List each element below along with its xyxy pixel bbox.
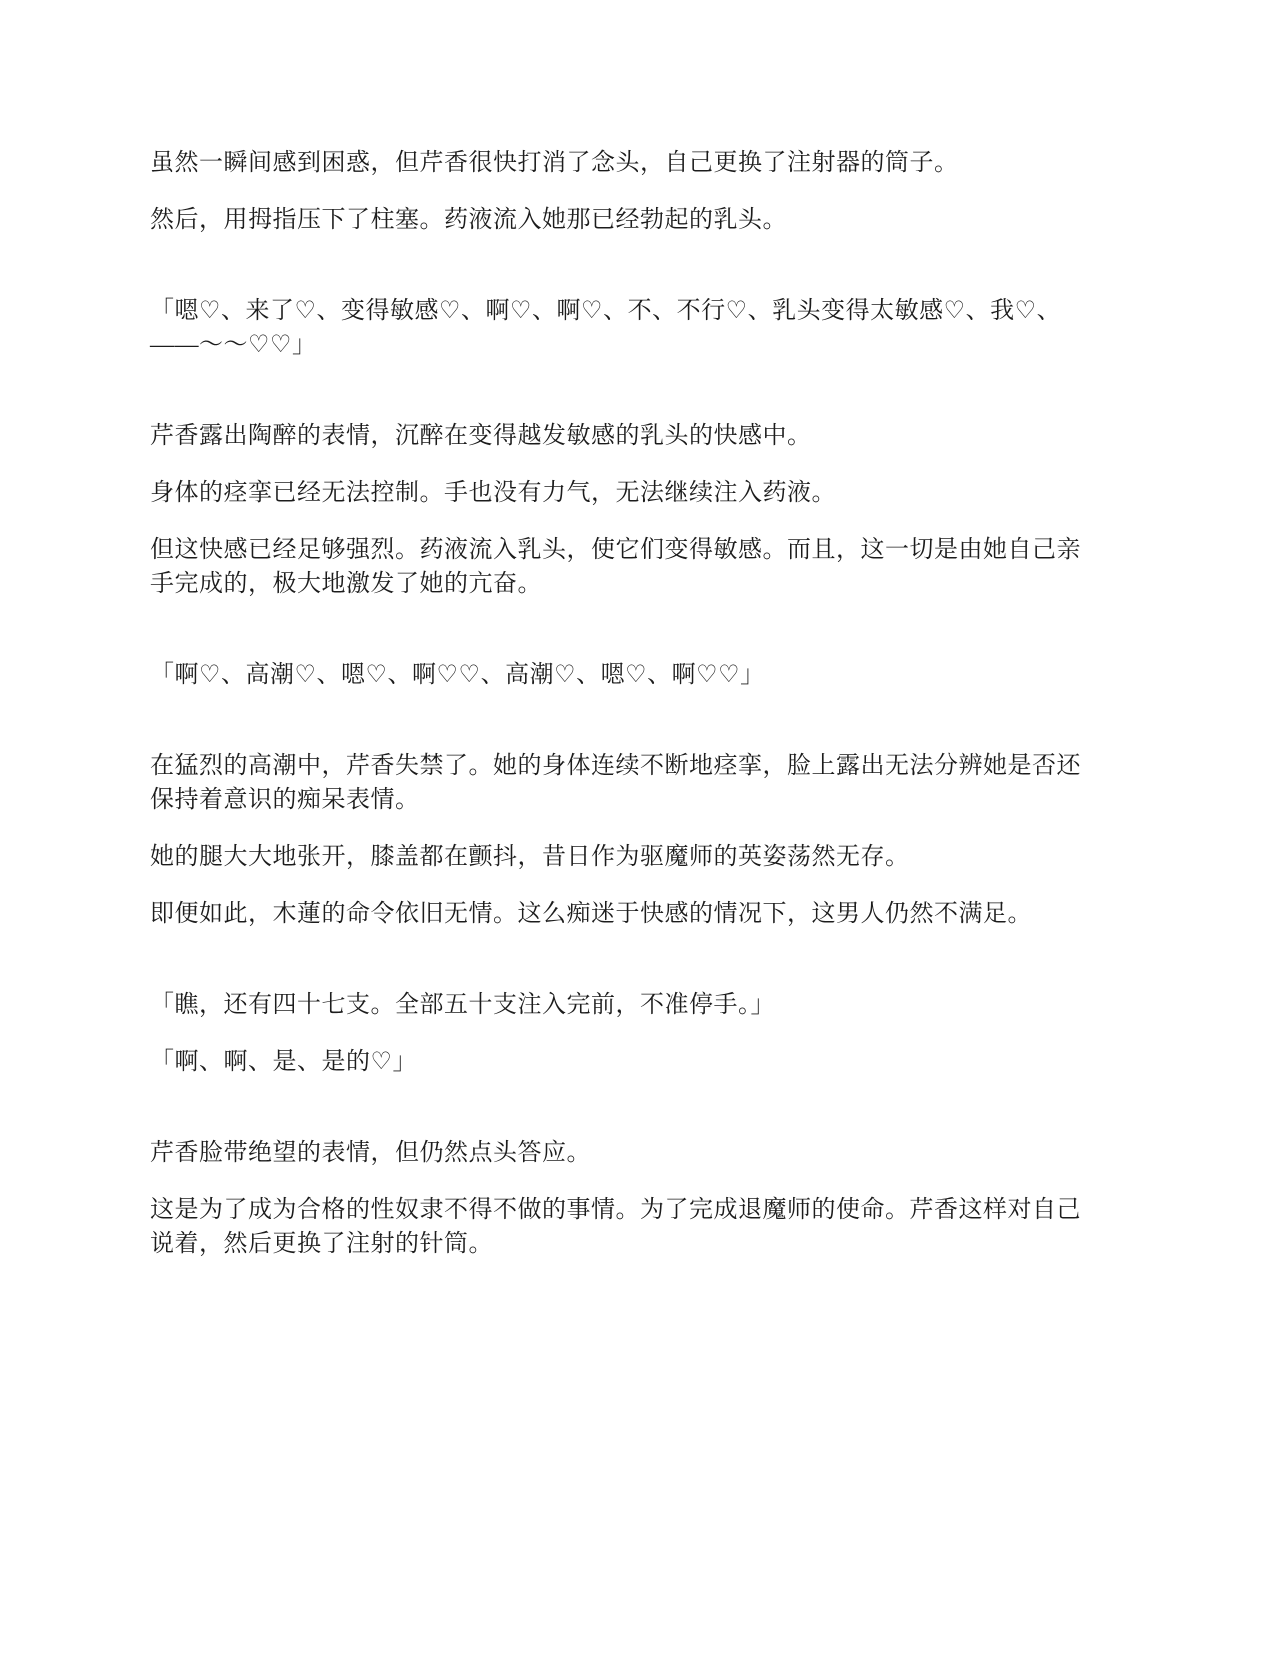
paragraph: 然后，用拇指压下了柱塞。药液流入她那已经勃起的乳头。: [150, 203, 1100, 237]
dialogue-paragraph: 「嗯♡、来了♡、变得敏感♡、啊♡、啊♡、不、不行♡、乳头变得太敏感♡、我♡、——…: [150, 294, 1100, 362]
paragraph: 芹香脸带绝望的表情，但仍然点头答应。: [150, 1136, 1100, 1170]
document-page: 虽然一瞬间感到困惑，但芹香很快打消了念头，自己更换了注射器的筒子。 然后，用拇指…: [0, 0, 1280, 1656]
dialogue-paragraph: 「啊♡、高潮♡、嗯♡、啊♡♡、高潮♡、嗯♡、啊♡♡」: [150, 658, 1100, 692]
dialogue-paragraph: 「瞧，还有四十七支。全部五十支注入完前，不准停手。」: [150, 988, 1100, 1022]
paragraph: 但这快感已经足够强烈。药液流入乳头，使它们变得敏感。而且，这一切是由她自己亲手完…: [150, 533, 1100, 601]
paragraph: 这是为了成为合格的性奴隶不得不做的事情。为了完成退魔师的使命。芹香这样对自己说着…: [150, 1193, 1100, 1261]
paragraph: 她的腿大大地张开，膝盖都在颤抖，昔日作为驱魔师的英姿荡然无存。: [150, 840, 1100, 874]
paragraph: 在猛烈的高潮中，芹香失禁了。她的身体连续不断地痉挛，脸上露出无法分辨她是否还保持…: [150, 749, 1100, 817]
text-content: 虽然一瞬间感到困惑，但芹香很快打消了念头，自己更换了注射器的筒子。 然后，用拇指…: [0, 0, 1280, 1261]
paragraph: 芹香露出陶醉的表情，沉醉在变得越发敏感的乳头的快感中。: [150, 419, 1100, 453]
paragraph: 虽然一瞬间感到困惑，但芹香很快打消了念头，自己更换了注射器的筒子。: [150, 146, 1100, 180]
paragraph: 即便如此，木蓮的命令依旧无情。这么痴迷于快感的情况下，这男人仍然不满足。: [150, 897, 1100, 931]
dialogue-paragraph: 「啊、啊、是、是的♡」: [150, 1045, 1100, 1079]
paragraph: 身体的痉挛已经无法控制。手也没有力气，无法继续注入药液。: [150, 476, 1100, 510]
